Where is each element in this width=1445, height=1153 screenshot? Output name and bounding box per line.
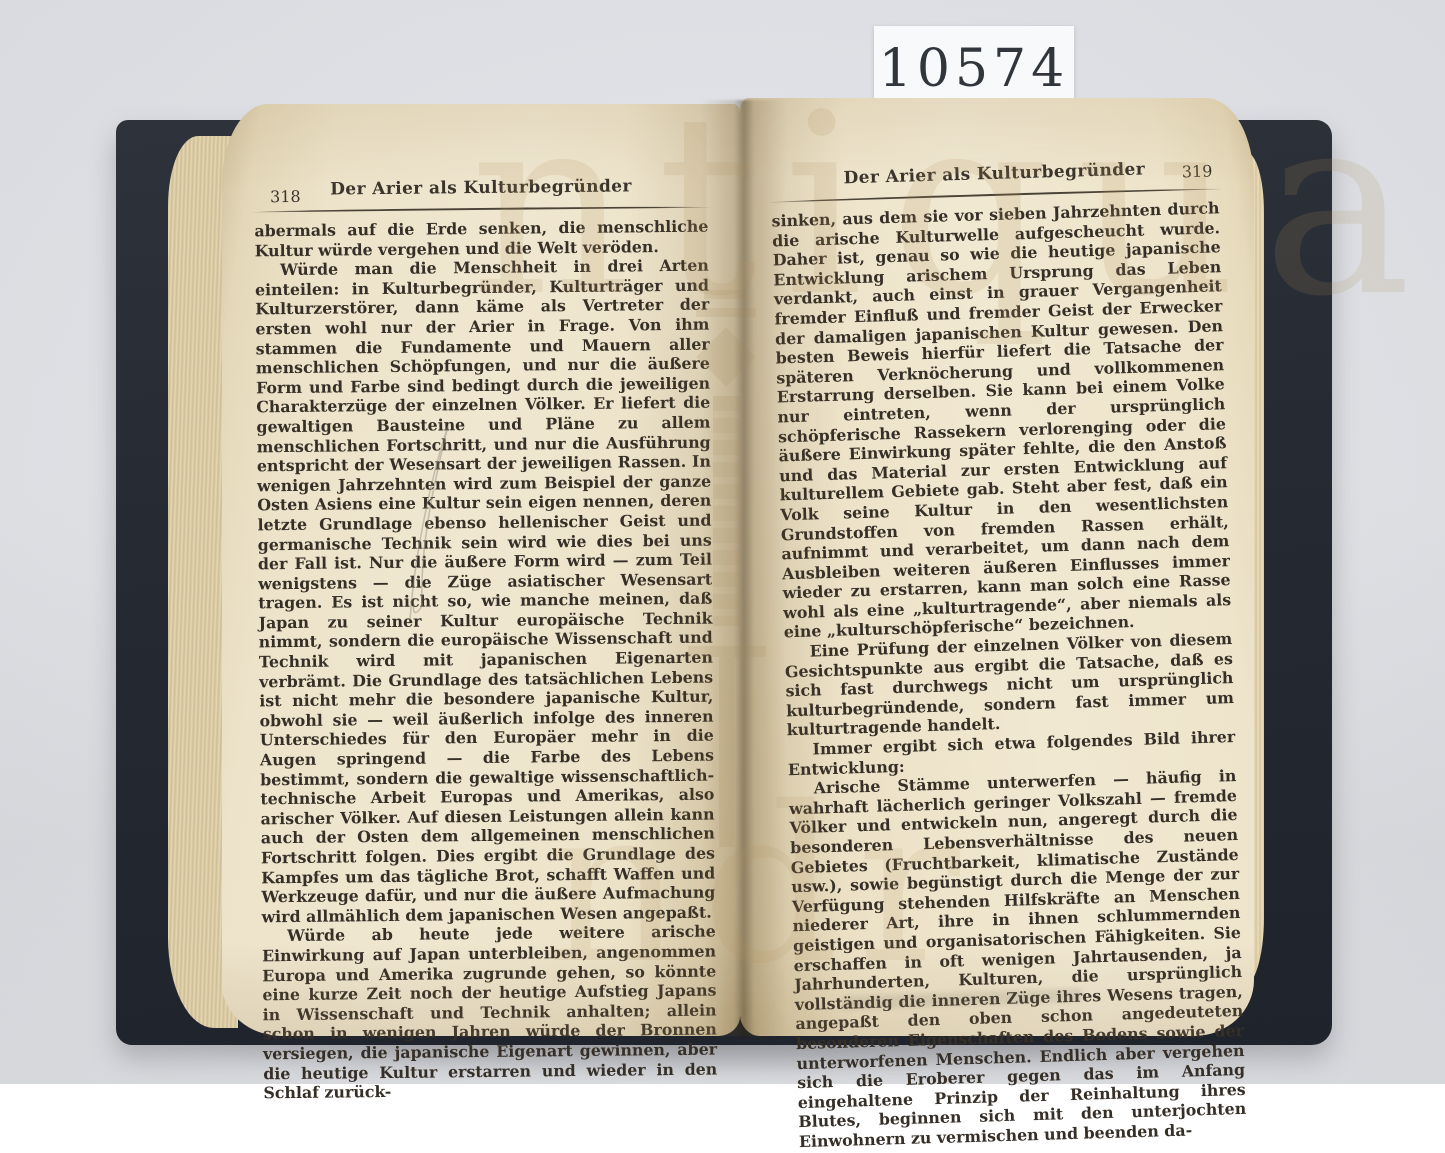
book: 318 Der Arier als Kulturbegründer aberma… [0,0,1445,1084]
left-page: 318 Der Arier als Kulturbegründer aberma… [222,104,740,1036]
paragraph: Arische Stämme unterwerfen — häufig in w… [788,766,1247,1084]
quill-scratch-mark [396,420,460,630]
right-page-number: 319 [1182,161,1213,181]
right-running-title: Der Arier als Kulturbegründer [772,157,1216,190]
left-page-number: 318 [270,187,301,206]
right-header-rule [769,187,1221,202]
left-header-rule [252,206,710,213]
gutter-shadow [702,100,786,1036]
paragraph: abermals auf die Erde senken, die mensch… [254,217,708,261]
photo-background: 10574 318 Der Arier als Kulturbegründer … [0,0,1445,1084]
paragraph: Eine Prüfung der einzelnen Völker von di… [784,629,1235,740]
left-page-header: 318 Der Arier als Kulturbegründer [256,176,706,205]
paragraph: Immer ergibt sich etwa folgendes Bild ih… [787,727,1236,779]
paragraph: Würde man die Menschheit in drei Arten e… [255,256,716,927]
right-page-header: Der Arier als Kulturbegründer 319 [772,157,1217,194]
left-page-content: 318 Der Arier als Kulturbegründer aberma… [217,101,745,1038]
right-body-text: sinken, aus dem sie vor sieben Jahrzehnt… [771,198,1247,1084]
paragraph: Würde ab heute jede weitere arische Einw… [262,922,718,1084]
right-page: Der Arier als Kulturbegründer 319 sinken… [740,98,1254,1036]
paragraph: sinken, aus dem sie vor sieben Jahrzehnt… [771,198,1232,642]
left-running-title: Der Arier als Kulturbegründer [256,176,706,201]
left-body-text: abermals auf die Erde senken, die mensch… [254,217,717,1084]
right-page-content: Der Arier als Kulturbegründer 319 sinken… [726,91,1268,1044]
